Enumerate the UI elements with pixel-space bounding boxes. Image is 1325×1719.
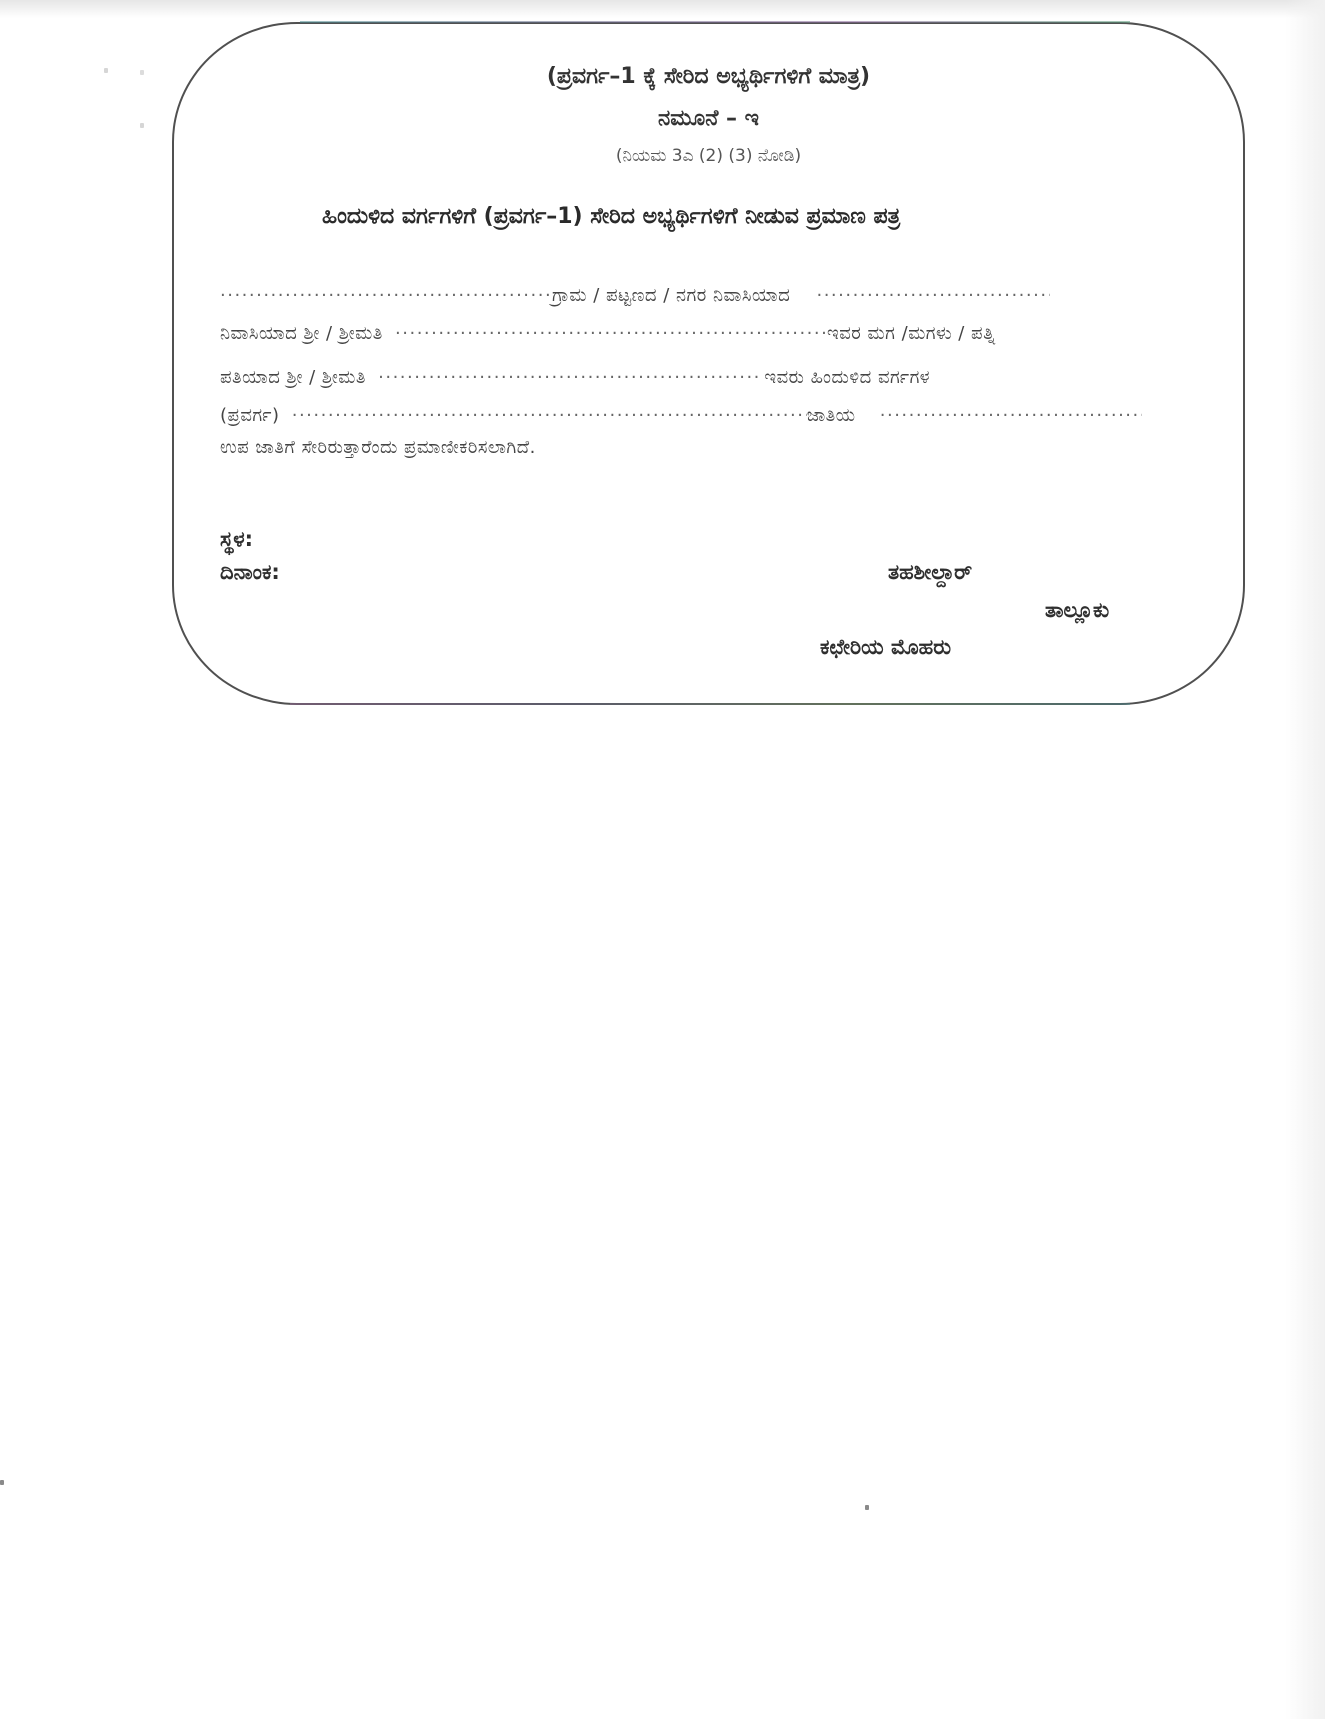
scan-speck [140, 70, 144, 75]
resident-shri-label: ನಿವಾಸಿಯಾದ ಶ್ರೀ / ಶ್ರೀಮತಿ [220, 323, 383, 344]
office-seal-label: ಕಛೇರಿಯ ಮೊಹರು [820, 635, 951, 660]
applicability-note: (ಪ್ರವರ್ಗ–1 ಕ್ಕೆ ಸೇರಿದ ಅಭ್ಯರ್ಥಿಗಳಿಗೆ ಮಾತ್… [172, 64, 1245, 89]
son-daughter-wife-label: ಇವರ ಮಗ /ಮಗಳು / ಪತ್ನಿ [827, 323, 996, 344]
certification-statement: ಉಪ ಜಾತಿಗೆ ಸೇರಿರುತ್ತಾರೆಂದು ಪ್ರಮಾಣೀಕರಿಸಲಾಗ… [220, 437, 536, 458]
backward-classes-label: ಇವರು ಹಿಂದುಳಿದ ವರ್ಗಗಳ [764, 367, 930, 388]
rule-reference: (ನಿಯಮ 3ಎ (2) (3) ನೋಡಿ) [172, 146, 1245, 166]
category-label: (ಪ್ರವರ್ಗ) [220, 405, 280, 426]
certificate-title: ಹಿಂದುಳಿದ ವರ್ಗಗಳಿಗೆ (ಪ್ರವರ್ಗ–1) ಸೇರಿದ ಅಭ್… [322, 204, 900, 229]
body-line-4: (ಪ್ರವರ್ಗ) ಜಾತಿಯ [220, 400, 1142, 426]
date-label: ದಿನಾಂಕ: [220, 560, 280, 585]
scan-speck [140, 123, 144, 128]
form-name: ನಮೂನೆ – ಇ [172, 106, 1245, 131]
caste-label: ಜಾತಿಯ [807, 405, 856, 426]
border-tint [290, 703, 1130, 705]
blank-parent-spouse-name [378, 362, 758, 383]
scan-speck [104, 68, 108, 73]
page-edge-shadow [0, 0, 1325, 18]
page-edge-shadow-right [1285, 0, 1325, 1719]
blank-category [292, 400, 807, 421]
husband-shri-label: ಪತಿಯಾದ ಶ್ರೀ / ಶ್ರೀಮತಿ [220, 367, 366, 388]
body-line-2: ನಿವಾಸಿಯಾದ ಶ್ರೀ / ಶ್ರೀಮತಿ ಇವರ ಮಗ /ಮಗಳು / … [220, 318, 996, 344]
place-label: ಸ್ಥಳ: [220, 527, 253, 552]
body-line-3: ಪತಿಯಾದ ಶ್ರೀ / ಶ್ರೀಮತಿ ಇವರು ಹಿಂದುಳಿದ ವರ್ಗ… [220, 362, 930, 388]
blank-caste [880, 400, 1142, 421]
blank-residence [816, 280, 1050, 301]
border-tint [300, 21, 1130, 23]
blank-applicant-name [395, 318, 827, 339]
signatory-tahsildar: ತಹಶೀಲ್ದಾರ್ [888, 560, 972, 585]
village-town-city-label: ಗ್ರಾಮ / ಪಟ್ಟಣದ / ನಗರ ನಿವಾಸಿಯಾದ [552, 285, 790, 306]
taluk-label: ತಾಲ್ಲೂಕು [1045, 598, 1109, 623]
body-line-1: ಗ್ರಾಮ / ಪಟ್ಟಣದ / ನಗರ ನಿವಾಸಿಯಾದ [220, 280, 1050, 306]
scan-speck [865, 1505, 869, 1510]
scan-speck [0, 1480, 4, 1485]
blank-village-name [220, 280, 552, 301]
